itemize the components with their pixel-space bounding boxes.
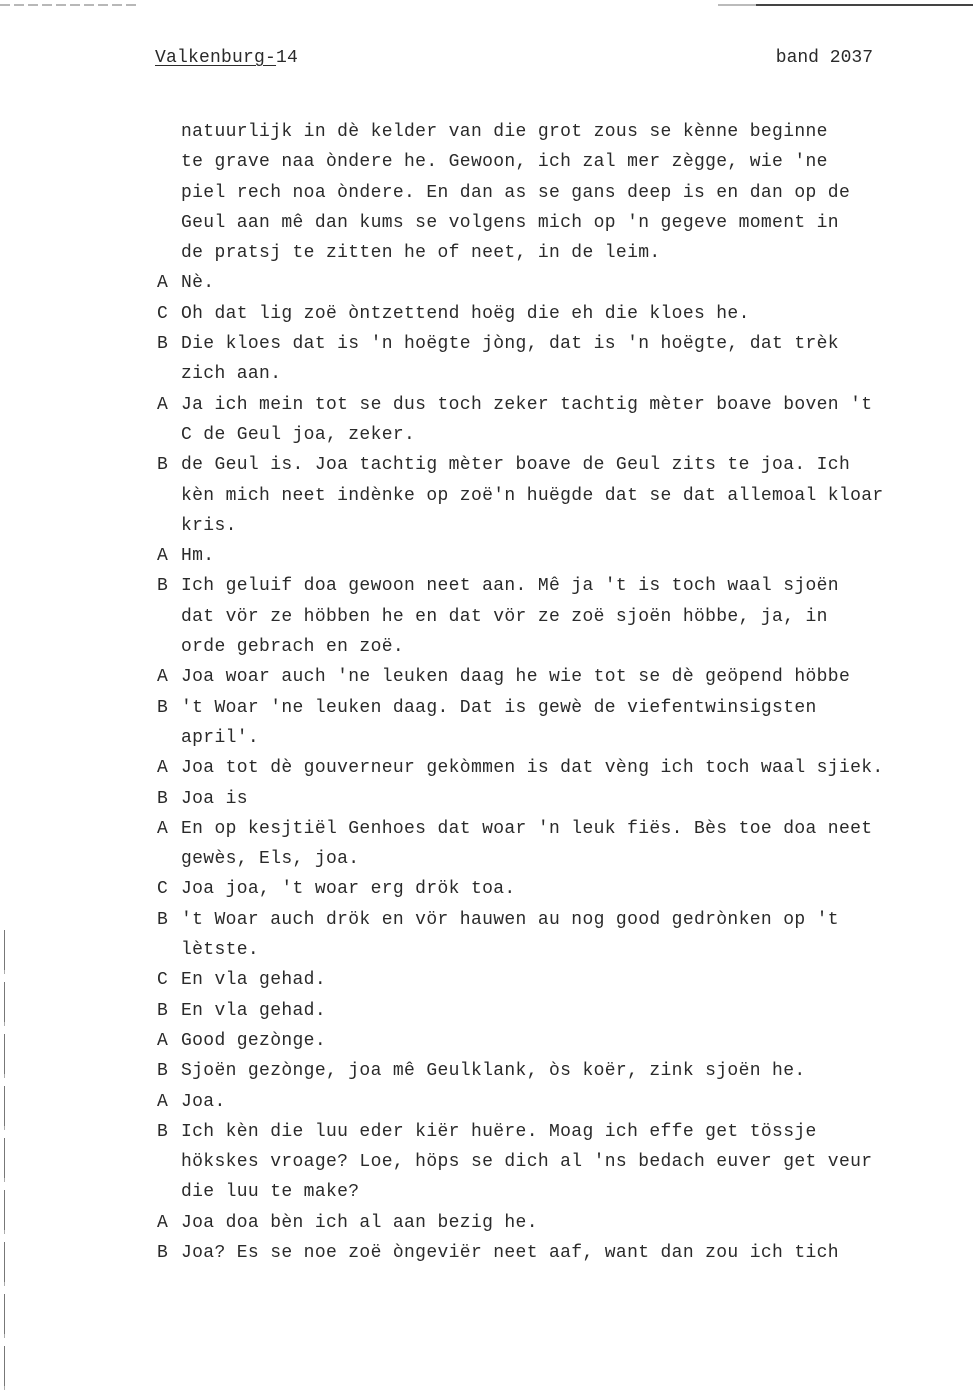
- speech-line: natuurlijk in dè kelder van die grot zou…: [181, 117, 967, 147]
- speech-text: Die kloes dat is 'n hoëgte jòng, dat is …: [181, 329, 967, 390]
- speech-text: Oh dat lig zoë òntzettend hoëg die eh di…: [181, 299, 967, 329]
- speech-line: gewès, Els, joa.: [181, 844, 967, 874]
- speech-line: lètste.: [181, 935, 967, 965]
- speech-line: Ja ich mein tot se dus toch zeker tachti…: [181, 390, 967, 420]
- speech-line: de Geul is. Joa tachtig mèter boave de G…: [181, 450, 967, 480]
- transcript-utterance: BIch geluif doa gewoon neet aan. Mê ja '…: [157, 571, 967, 662]
- speech-line: Ich kèn die luu eder kiër huëre. Moag ic…: [181, 1117, 967, 1147]
- speech-line: En vla gehad.: [181, 965, 967, 995]
- speech-text: Joa.: [181, 1087, 967, 1117]
- speech-text: Joa? Es se noe zoë òngeviër neet aaf, wa…: [181, 1238, 967, 1268]
- speech-line: En op kesjtiël Genhoes dat woar 'n leuk …: [181, 814, 967, 844]
- speech-text: Ich kèn die luu eder kiër huëre. Moag ic…: [181, 1117, 967, 1208]
- speech-text: En vla gehad.: [181, 996, 967, 1026]
- speech-text: Ich geluif doa gewoon neet aan. Mê ja 't…: [181, 571, 967, 662]
- speaker-label: A: [157, 814, 181, 844]
- transcript-utterance: AJoa doa bèn ich al aan bezig he.: [157, 1208, 967, 1238]
- speaker-label: B: [157, 905, 181, 935]
- speaker-label: B: [157, 450, 181, 480]
- document-id: Valkenburg-14: [155, 48, 298, 68]
- speech-line: kèn mich neet indènke op zoë'n huëgde da…: [181, 481, 967, 511]
- speech-line: En vla gehad.: [181, 996, 967, 1026]
- transcript-utterance: CJoa joa, 't woar erg drök toa.: [157, 874, 967, 904]
- scan-artifact-top-right: [718, 4, 973, 6]
- scan-artifact-left-edge: [4, 930, 5, 1390]
- speaker-label: C: [157, 874, 181, 904]
- transcript-body: natuurlijk in dè kelder van die grot zou…: [157, 117, 967, 1268]
- speech-line: Joa woar auch 'ne leuken daag he wie tot…: [181, 662, 967, 692]
- speaker-label: B: [157, 784, 181, 814]
- speaker-label: C: [157, 965, 181, 995]
- speech-line: Joa tot dè gouverneur gekòmmen is dat vè…: [181, 753, 967, 783]
- transcript-utterance: BDie kloes dat is 'n hoëgte jòng, dat is…: [157, 329, 967, 390]
- speech-text: Hm.: [181, 541, 967, 571]
- speech-text: 't Woar 'ne leuken daag. Dat is gewè de …: [181, 693, 967, 754]
- speech-line: Ich geluif doa gewoon neet aan. Mê ja 't…: [181, 571, 967, 601]
- transcript-utterance: BEn vla gehad.: [157, 996, 967, 1026]
- transcript-utterance: B't Woar auch drök en vör hauwen au nog …: [157, 905, 967, 966]
- speech-line: Die kloes dat is 'n hoëgte jòng, dat is …: [181, 329, 967, 359]
- speech-line: Nè.: [181, 268, 967, 298]
- speech-text: 't Woar auch drök en vör hauwen au nog g…: [181, 905, 967, 966]
- speech-line: Oh dat lig zoë òntzettend hoëg die eh di…: [181, 299, 967, 329]
- speech-line: hökskes vroage? Loe, höps se dich al 'ns…: [181, 1147, 967, 1177]
- document-id-location: Valkenburg-: [155, 48, 276, 68]
- speech-line: Joa? Es se noe zoë òngeviër neet aaf, wa…: [181, 1238, 967, 1268]
- speaker-label: A: [157, 1208, 181, 1238]
- transcript-utterance: AEn op kesjtiël Genhoes dat woar 'n leuk…: [157, 814, 967, 875]
- speech-text: Ja ich mein tot se dus toch zeker tachti…: [181, 390, 967, 451]
- speech-text: Sjoën gezònge, joa mê Geulklank, òs koër…: [181, 1056, 967, 1086]
- transcript-utterance: CEn vla gehad.: [157, 965, 967, 995]
- speech-line: te grave naa òndere he. Gewoon, ich zal …: [181, 147, 967, 177]
- transcript-utterance: AJoa.: [157, 1087, 967, 1117]
- speech-line: Good gezònge.: [181, 1026, 967, 1056]
- speech-text: Nè.: [181, 268, 967, 298]
- speech-line: zich aan.: [181, 359, 967, 389]
- speech-line: Geul aan mê dan kums se volgens mich op …: [181, 208, 967, 238]
- speaker-label: B: [157, 1238, 181, 1268]
- speaker-label: B: [157, 693, 181, 723]
- speech-line: Joa.: [181, 1087, 967, 1117]
- speech-line: 't Woar 'ne leuken daag. Dat is gewè de …: [181, 693, 967, 723]
- speaker-label: A: [157, 753, 181, 783]
- speech-text: En vla gehad.: [181, 965, 967, 995]
- transcript-utterance: ANè.: [157, 268, 967, 298]
- transcript-utterance: BJoa? Es se noe zoë òngeviër neet aaf, w…: [157, 1238, 967, 1268]
- speech-line: Joa is: [181, 784, 967, 814]
- speaker-label: B: [157, 1117, 181, 1147]
- speech-text: de Geul is. Joa tachtig mèter boave de G…: [181, 450, 967, 541]
- speech-line: 't Woar auch drök en vör hauwen au nog g…: [181, 905, 967, 935]
- transcript-utterance: BJoa is: [157, 784, 967, 814]
- speech-line: C de Geul joa, zeker.: [181, 420, 967, 450]
- transcript-utterance: AGood gezònge.: [157, 1026, 967, 1056]
- speaker-label: B: [157, 996, 181, 1026]
- speech-text: En op kesjtiël Genhoes dat woar 'n leuk …: [181, 814, 967, 875]
- speaker-label: A: [157, 268, 181, 298]
- speech-text: Joa doa bèn ich al aan bezig he.: [181, 1208, 967, 1238]
- speaker-label: B: [157, 329, 181, 359]
- speaker-label: A: [157, 541, 181, 571]
- transcript-utterance: natuurlijk in dè kelder van die grot zou…: [157, 117, 967, 268]
- transcript-utterance: AHm.: [157, 541, 967, 571]
- speech-line: kris.: [181, 511, 967, 541]
- speaker-label: A: [157, 662, 181, 692]
- transcript-utterance: B't Woar 'ne leuken daag. Dat is gewè de…: [157, 693, 967, 754]
- transcript-utterance: AJa ich mein tot se dus toch zeker tacht…: [157, 390, 967, 451]
- speech-text: Joa tot dè gouverneur gekòmmen is dat vè…: [181, 753, 967, 783]
- speech-line: die luu te make?: [181, 1177, 967, 1207]
- transcript-utterance: Bde Geul is. Joa tachtig mèter boave de …: [157, 450, 967, 541]
- page-header: Valkenburg-14 band 2037: [155, 48, 873, 74]
- speaker-label: B: [157, 1056, 181, 1086]
- speaker-label: A: [157, 1087, 181, 1117]
- scan-artifact-top-left: [0, 4, 140, 6]
- transcript-utterance: AJoa woar auch 'ne leuken daag he wie to…: [157, 662, 967, 692]
- speech-text: Joa woar auch 'ne leuken daag he wie tot…: [181, 662, 967, 692]
- speaker-label: A: [157, 390, 181, 420]
- speech-line: orde gebrach en zoë.: [181, 632, 967, 662]
- speaker-label: C: [157, 299, 181, 329]
- speech-text: Joa is: [181, 784, 967, 814]
- speech-text: Good gezònge.: [181, 1026, 967, 1056]
- speech-line: Sjoën gezònge, joa mê Geulklank, òs koër…: [181, 1056, 967, 1086]
- speech-line: Joa joa, 't woar erg drök toa.: [181, 874, 967, 904]
- transcript-utterance: BSjoën gezònge, joa mê Geulklank, òs koë…: [157, 1056, 967, 1086]
- tape-band-number: band 2037: [776, 48, 873, 68]
- transcript-utterance: AJoa tot dè gouverneur gekòmmen is dat v…: [157, 753, 967, 783]
- speech-line: piel rech noa òndere. En dan as se gans …: [181, 178, 967, 208]
- document-id-number: 14: [276, 48, 298, 68]
- speech-line: Hm.: [181, 541, 967, 571]
- speech-text: Joa joa, 't woar erg drök toa.: [181, 874, 967, 904]
- speech-line: Joa doa bèn ich al aan bezig he.: [181, 1208, 967, 1238]
- speech-text: natuurlijk in dè kelder van die grot zou…: [181, 117, 967, 268]
- speech-line: de pratsj te zitten he of neet, in de le…: [181, 238, 967, 268]
- speaker-label: A: [157, 1026, 181, 1056]
- transcript-utterance: BIch kèn die luu eder kiër huëre. Moag i…: [157, 1117, 967, 1208]
- speech-line: dat vör ze höbben he en dat vör ze zoë s…: [181, 602, 967, 632]
- transcript-utterance: COh dat lig zoë òntzettend hoëg die eh d…: [157, 299, 967, 329]
- speech-line: april'.: [181, 723, 967, 753]
- speaker-label: B: [157, 571, 181, 601]
